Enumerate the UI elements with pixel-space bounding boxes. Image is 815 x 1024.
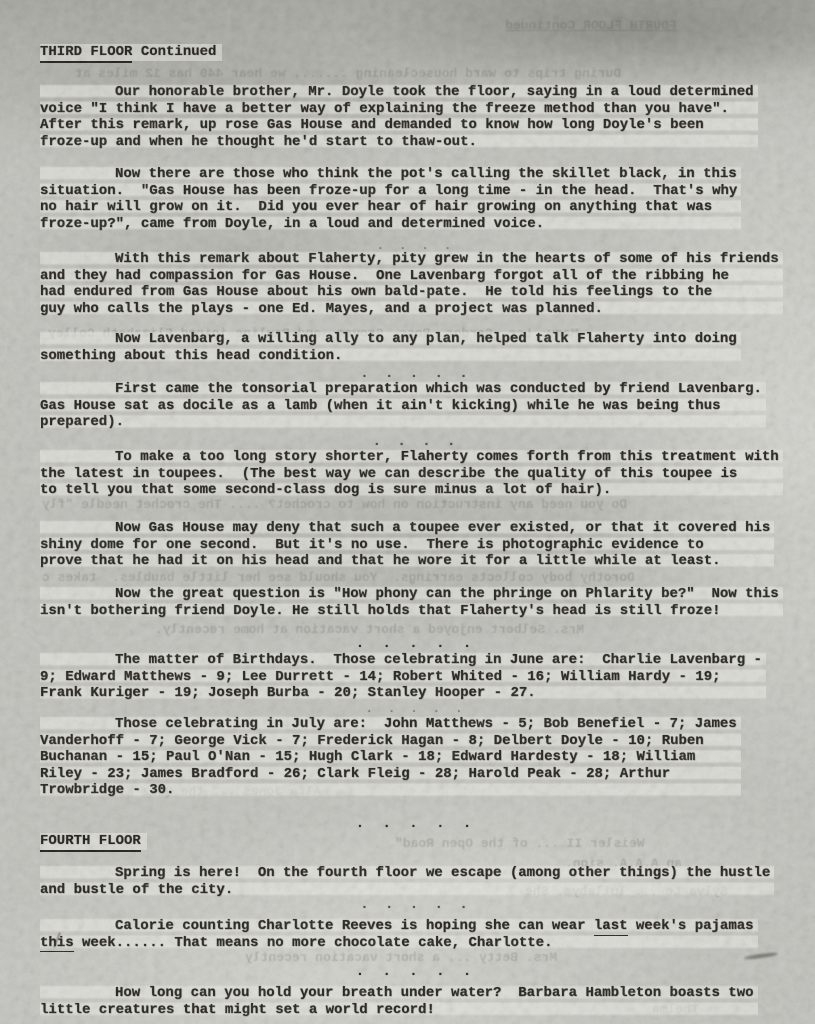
paragraph-birthdays-july: Those celebrating in July are: John Matt…: [40, 716, 741, 799]
dots-separator: . . . . .: [40, 638, 792, 650]
dots-separator: . . . . .: [40, 368, 792, 380]
underlined-text: FOURTH FLOOR: [40, 833, 141, 852]
paragraph-doyle-freeze: Our honorable brother, Mr. Doyle took th…: [40, 84, 758, 150]
text-run: week...... That means no more chocolate …: [74, 935, 553, 951]
section-heading-third-floor: THIRD FLOOR Continued: [40, 44, 222, 61]
paragraph-spring: Spring is here! On the fourth floor we e…: [40, 865, 774, 898]
dots-separator: . . . . .: [40, 966, 792, 978]
bleed-through-text: Do you need any instruction on how to cr…: [42, 497, 627, 512]
paragraph-pot-skillet: Now there are those who think the pot's …: [40, 166, 741, 232]
paragraph-lavenbarg-ally: Now Lavenbarg, a willing ally to any pla…: [40, 331, 741, 364]
dots-separator: . . . .: [40, 436, 792, 448]
smudge-mark: [744, 952, 778, 961]
bleed-through-text: Weisler II ... of the Open Road": [395, 836, 645, 851]
paragraph-toupees: To make a too long story shorter, Flaher…: [40, 449, 783, 499]
section-heading-fourth-floor: FOURTH FLOOR: [40, 833, 147, 850]
text-run: week's pajamas: [628, 918, 754, 934]
paragraph-hambleton: How long can you hold your breath under …: [40, 985, 758, 1018]
paragraph-tonsorial: First came the tonsorial preparation whi…: [40, 381, 766, 431]
text-run: Continued: [132, 44, 216, 60]
paragraph-charlotte: Calorie counting Charlotte Reeves is hop…: [40, 918, 758, 951]
paragraph-phringe: Now the great question is "How phony can…: [40, 586, 783, 619]
bleed-through-text: Mrs. Betty ... a short vacation recently: [245, 950, 557, 965]
dots-separator: . . . . .: [40, 818, 792, 830]
paragraph-photographic-evidence: Now Gas House may deny that such a toupe…: [40, 520, 774, 570]
paragraph-flaherty-pity: With this remark about Flaherty, pity gr…: [40, 251, 783, 317]
paragraph-birthdays-june: The matter of Birthdays. Those celebrati…: [40, 652, 766, 702]
underlined-text: last: [594, 918, 628, 936]
bleed-through-text: FOURTH FLOOR Continued: [505, 18, 677, 33]
dots-separator: . . . . .: [40, 703, 792, 715]
scanned-newsletter-page: FOURTH FLOOR Continued During trips to w…: [0, 0, 815, 1024]
bleed-through-text: Dorothy body collects earrings. You shou…: [42, 570, 635, 585]
text-run: Calorie counting Charlotte Reeves is hop…: [115, 918, 594, 934]
bleed-through-text: Mrs. Selbert enjoyed a short vacation at…: [155, 622, 584, 637]
bleed-through-text: During trips to ward housecleaning .....…: [75, 66, 621, 81]
dots-separator: . . . . .: [40, 899, 792, 911]
underlined-text: THIRD FLOOR: [40, 44, 132, 63]
